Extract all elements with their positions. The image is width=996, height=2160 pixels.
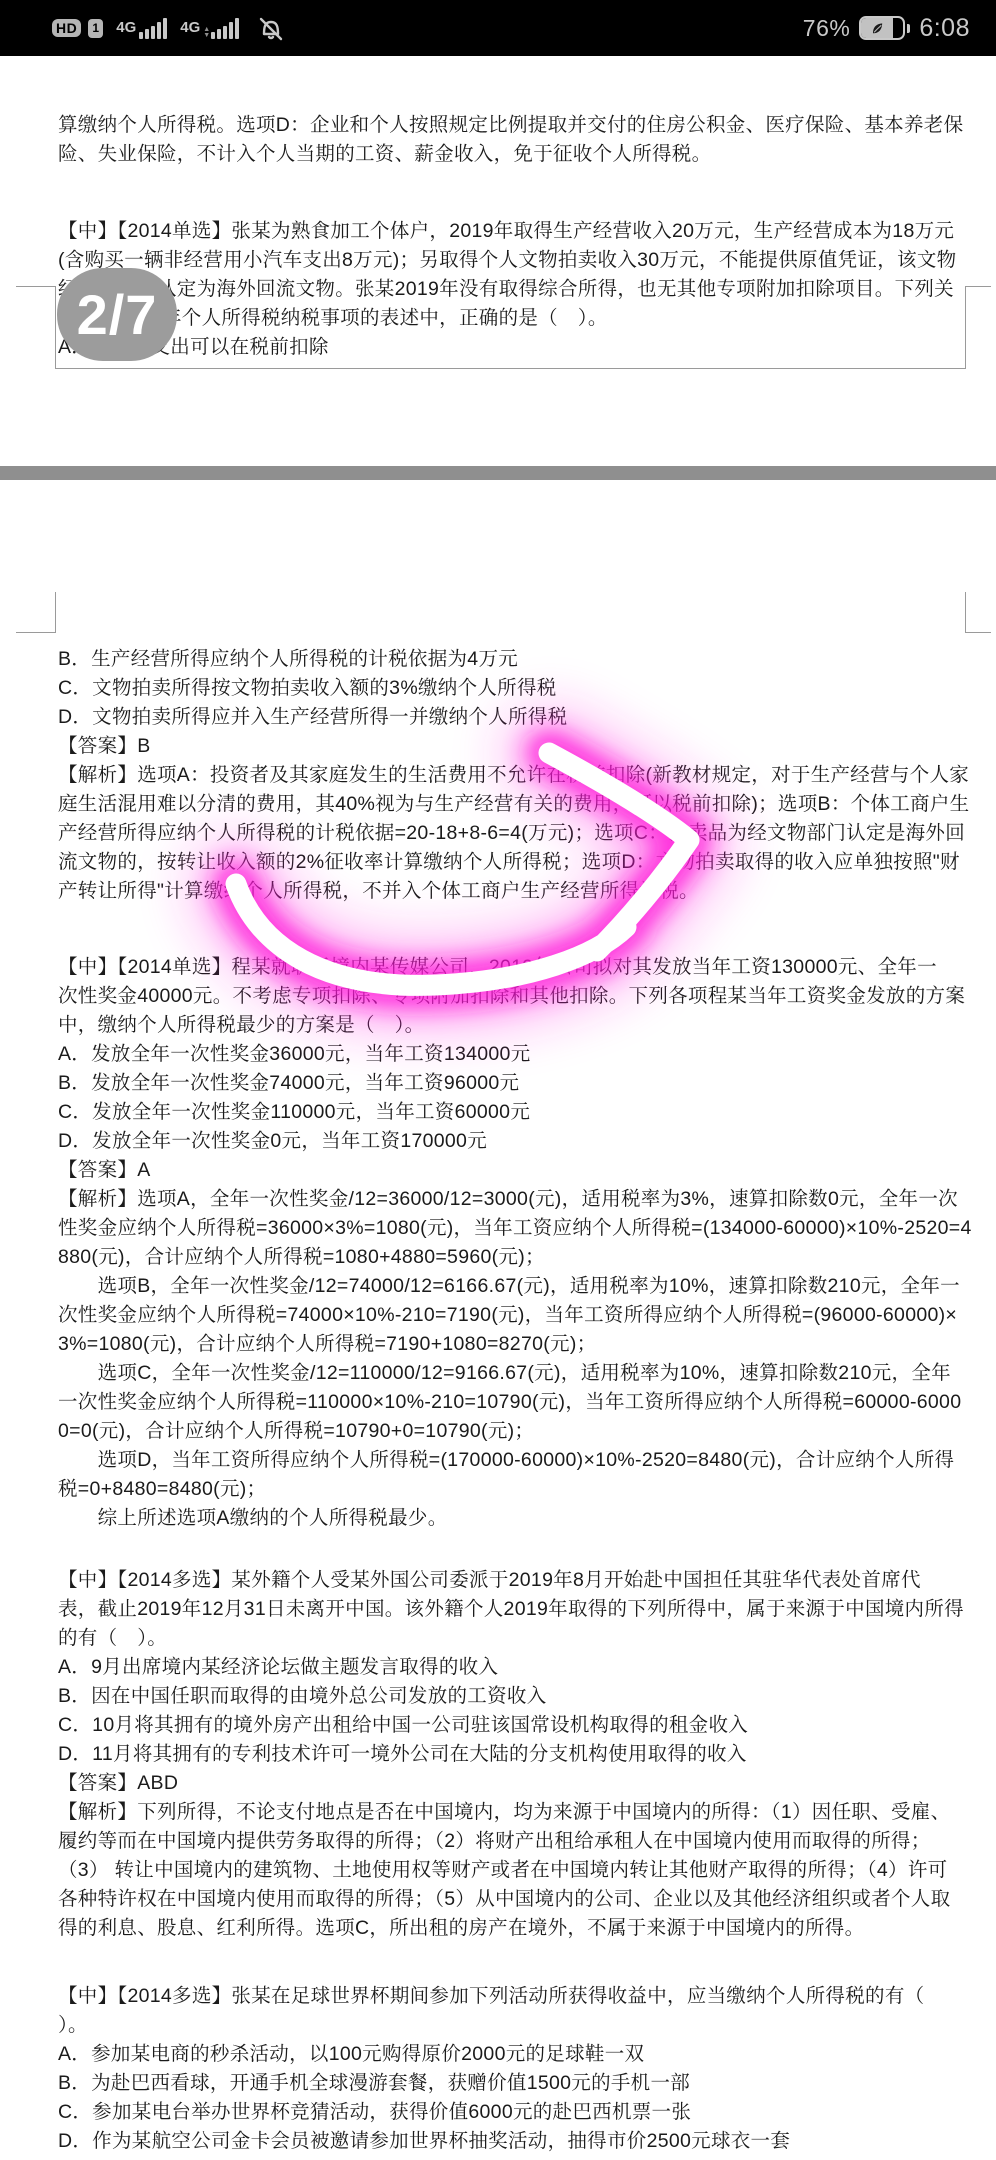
text-line: 【中】【2014单选】程某就职于境内某传媒公司，2019年公司拟对其发放当年工资… [58, 953, 968, 982]
signal-bars-icon-2 [211, 18, 239, 39]
battery-icon [859, 16, 910, 40]
power-save-leaf-icon [870, 21, 885, 36]
text-line: 险、失业保险，不计入个人当期的工资、薪金收入，免于征收个人所得税。 [58, 140, 968, 169]
text-line: 得的利息、股息、红利所得。选项C，所出租的房产在境外，不属于来源于中国境内的所得… [58, 1914, 968, 1943]
text-line: 3%=1080(元)，合计应纳个人所得税=7190+1080=8270(元)； [58, 1330, 968, 1359]
page2-boundary-right-horizontal [965, 632, 991, 633]
battery-fill [861, 18, 893, 38]
text-line: 【解析】选项A，全年一次性奖金/12=36000/12=3000(元)，适用税率… [58, 1185, 968, 1214]
paragraph-block: 【中】【2014单选】程某就职于境内某传媒公司，2019年公司拟对其发放当年工资… [58, 953, 968, 1533]
network-signal-1: 4G [116, 18, 167, 39]
text-line: 经文物部门认定为海外回流文物。张某2019年没有取得综合所得，也无其他专项附加扣… [58, 275, 968, 304]
notifications-muted-icon [256, 13, 286, 43]
text-line: B．生产经营所得应纳个人所得税的计税依据为4万元 [58, 645, 968, 674]
text-line: 次性奖金应纳个人所得税=74000×10%-210=7190(元)，当年工资所得… [58, 1301, 968, 1330]
text-line: 履约等而在中国境内提供劳务取得的所得；（2）将财产出租给承租人在中国境内使用而取… [58, 1827, 968, 1856]
text-line: B．发放全年一次性奖金74000元，当年工资96000元 [58, 1069, 968, 1098]
data-activity-icon: ▲▼ [203, 27, 210, 39]
text-line: 表，截止2019年12月31日未离开中国。该外籍个人2019年取得的下列所得中，… [58, 1595, 968, 1624]
text-line: 0=0(元)，合计应纳个人所得税=10790+0=10790(元)； [58, 1417, 968, 1446]
text-line: C．发放全年一次性奖金110000元，当年工资60000元 [58, 1098, 968, 1127]
text-line: A．参加某电商的秒杀活动，以100元购得原价2000元的足球鞋一双 [58, 2040, 968, 2069]
network-type-label-2: 4G [180, 20, 200, 35]
page1-boundary-corner-right [965, 286, 991, 287]
page1-bottom-edge [55, 368, 966, 369]
text-line: 庭生活混用难以分清的费用，其40%视为与生产经营有关的费用，可以税前扣除)；选项… [58, 790, 968, 819]
page1-right-edge [965, 286, 966, 369]
paragraph-block: 【中】【2014单选】张某为熟食加工个体户，2019年取得生产经营收入20万元，… [58, 217, 968, 362]
page2-boundary-right-vertical [965, 592, 966, 633]
text-line: D．11月将其拥有的专利技术许可一境外公司在大陆的分支机构使用取得的收入 [58, 1740, 968, 1769]
text-line: 【答案】ABD [58, 1769, 968, 1798]
text-line: 选项D，当年工资所得应纳个人所得税=(170000-60000)×10%-252… [58, 1446, 968, 1475]
text-line: C．文物拍卖所得按文物拍卖收入额的3%缴纳个人所得税 [58, 674, 968, 703]
text-line: 【解析】下列所得，不论支付地点是否在中国境内，均为来源于中国境内的所得：（1）因… [58, 1798, 968, 1827]
hd-voice-icon: HD [52, 19, 81, 37]
text-line: 一次性奖金应纳个人所得税=110000×10%-210=10790(元)，当年工… [58, 1388, 968, 1417]
paragraph-block: 【中】【2014多选】某外籍个人受某外国公司委派于2019年8月开始赴中国担任其… [58, 1566, 968, 1943]
status-bar-left: HD 1 4G 4G ▲▼ [52, 13, 286, 43]
page-indicator-badge: 2/7 [57, 268, 177, 361]
text-line: D．作为某航空公司金卡会员被邀请参加世界杯抽奖活动，抽得市价2500元球衣一套 [58, 2127, 968, 2156]
status-bar-right: 76% 6:08 [803, 0, 970, 56]
text-line: D．发放全年一次性奖金0元，当年工资170000元 [58, 1127, 968, 1156]
text-line: C．参加某电台举办世界杯竞猜活动，获得价值6000元的赴巴西机票一张 [58, 2098, 968, 2127]
text-line: 中，缴纳个人所得税最少的方案是（ ）。 [58, 1011, 968, 1040]
text-line: 各种特许权在中国境内使用而取得的所得；（5）从中国境内的公司、企业以及其他经济组… [58, 1885, 968, 1914]
page1-boundary-corner-left [16, 286, 56, 287]
text-line: 算缴纳个人所得税。选项D：企业和个人按照规定比例提取并交付的住房公积金、医疗保险… [58, 111, 968, 140]
text-line: 产经营所得应纳个人所得税的计税依据=20-18+8-6=4(万元)；选项C：拍卖… [58, 819, 968, 848]
text-line: 税=0+8480=8480(元)； [58, 1475, 968, 1504]
text-line: 【答案】A [58, 1156, 968, 1185]
text-line: A．小汽车支出可以在税前扣除 [58, 333, 968, 362]
text-line: 【解析】选项A：投资者及其家庭发生的生活费用不允许在税前扣除(新教材规定，对于生… [58, 761, 968, 790]
text-line: 于张某2019年个人所得税纳税事项的表述中，正确的是（ ）。 [58, 304, 968, 333]
text-line: D．文物拍卖所得应并入生产经营所得一并缴纳个人所得税 [58, 703, 968, 732]
network-signal-2: 4G ▲▼ [180, 18, 239, 39]
text-line: A．发放全年一次性奖金36000元，当年工资134000元 [58, 1040, 968, 1069]
text-line: A．9月出席境内某经济论坛做主题发言取得的收入 [58, 1653, 968, 1682]
paragraph-block: 算缴纳个人所得税。选项D：企业和个人按照规定比例提取并交付的住房公积金、医疗保险… [58, 111, 968, 169]
document-page-1: 算缴纳个人所得税。选项D：企业和个人按照规定比例提取并交付的住房公积金、医疗保险… [58, 111, 968, 362]
paragraph-block: B．生产经营所得应纳个人所得税的计税依据为4万元C．文物拍卖所得按文物拍卖收入额… [58, 645, 968, 906]
status-bar: HD 1 4G 4G ▲▼ [0, 0, 996, 56]
text-line: C．10月将其拥有的境外房产出租给中国一公司驻该国常设机构取得的租金收入 [58, 1711, 968, 1740]
network-type-label-1: 4G [116, 20, 136, 35]
text-line: 【中】【2014多选】某外籍个人受某外国公司委派于2019年8月开始赴中国担任其… [58, 1566, 968, 1595]
text-line: ）。 [58, 2011, 968, 2040]
document-page-2[interactable]: B．生产经营所得应纳个人所得税的计税依据为4万元C．文物拍卖所得按文物拍卖收入额… [58, 645, 968, 2156]
text-line: 【中】【2014单选】张某为熟食加工个体户，2019年取得生产经营收入20万元，… [58, 217, 968, 246]
text-line: B．因在中国任职而取得的由境外总公司发放的工资收入 [58, 1682, 968, 1711]
text-line: 综上所述选项A缴纳的个人所得税最少。 [58, 1504, 968, 1533]
page2-boundary-left-vertical [55, 592, 56, 633]
text-line: 的有（ ）。 [58, 1624, 968, 1653]
paragraph-block: 【中】【2014多选】张某在足球世界杯期间参加下列活动所获得收益中，应当缴纳个人… [58, 1982, 968, 2156]
signal-bars-icon-1 [139, 18, 167, 39]
text-line: 880(元)，合计应纳个人所得税=1080+4880=5960(元)； [58, 1243, 968, 1272]
text-line: 次性奖金40000元。不考虑专项扣除、专项附加扣除和其他扣除。下列各项程某当年工… [58, 982, 968, 1011]
page1-left-edge [55, 286, 56, 369]
text-line: （3） 转让中国境内的建筑物、土地使用权等财产或者在中国境内转让其他财产取得的所… [58, 1856, 968, 1885]
page-separator-band [0, 466, 996, 480]
text-line: 性奖金应纳个人所得税=36000×3%=1080(元)，当年工资应纳个人所得税=… [58, 1214, 968, 1243]
sim-card-icon: 1 [88, 19, 103, 38]
phone-screen: HD 1 4G 4G ▲▼ [0, 0, 996, 2160]
text-line: (含购买一辆非经营用小汽车支出8万元)；另取得个人文物拍卖收入30万元，不能提供… [58, 246, 968, 275]
text-line: B．为赴巴西看球，开通手机全球漫游套餐，获赠价值1500元的手机一部 [58, 2069, 968, 2098]
text-line: 【答案】B [58, 732, 968, 761]
text-line: 【中】【2014多选】张某在足球世界杯期间参加下列活动所获得收益中，应当缴纳个人… [58, 1982, 968, 2011]
text-line: 产转让所得"计算缴纳个人所得税，不并入个体工商户生产经营所得计税。 [58, 877, 968, 906]
battery-percent-label: 76% [803, 15, 851, 42]
clock-label: 6:08 [919, 14, 970, 43]
text-line: 选项B，全年一次性奖金/12=74000/12=6166.67(元)，适用税率为… [58, 1272, 968, 1301]
text-line: 选项C，全年一次性奖金/12=110000/12=9166.67(元)，适用税率… [58, 1359, 968, 1388]
page2-boundary-left-horizontal [16, 632, 56, 633]
text-line: 流文物的，按转让收入额的2%征收率计算缴纳个人所得税；选项D：文物拍卖取得的收入… [58, 848, 968, 877]
